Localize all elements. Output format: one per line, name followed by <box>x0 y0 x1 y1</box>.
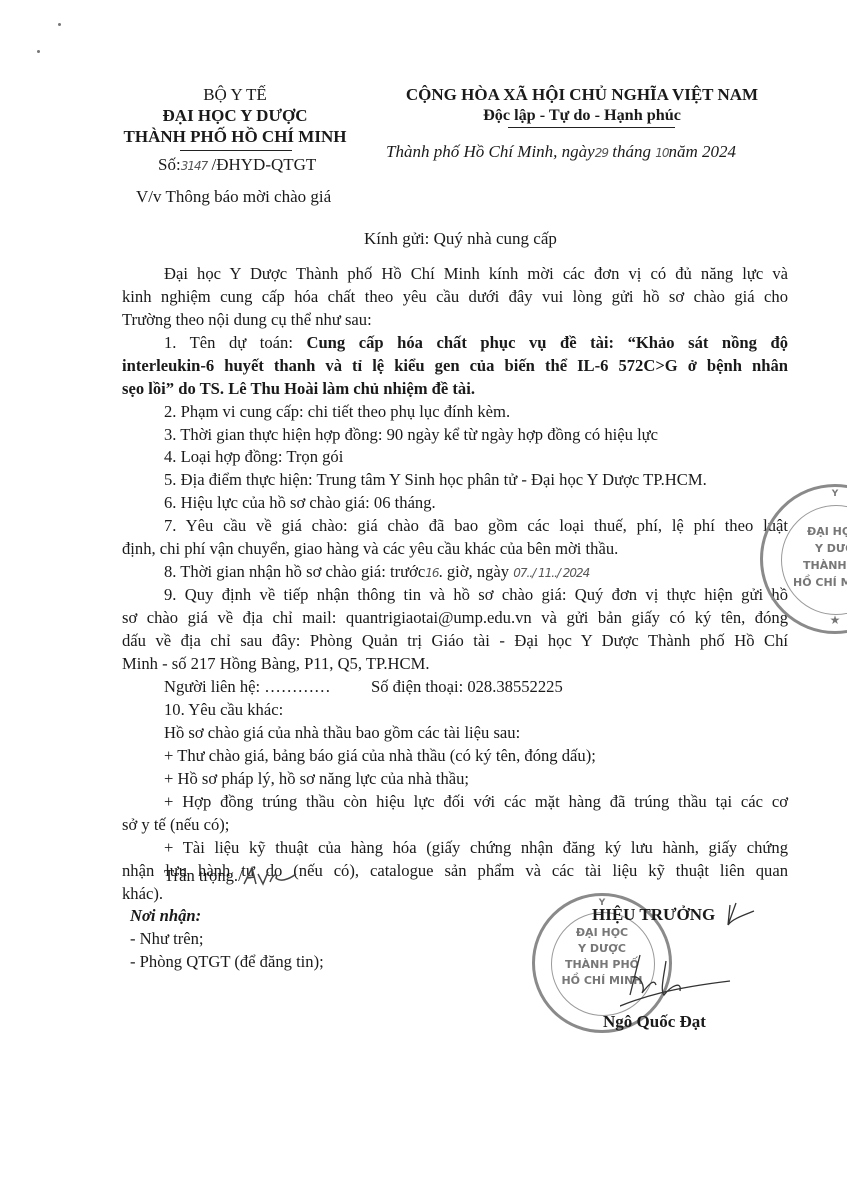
national-header: CỘNG HÒA XÃ HỘI CHỦ NGHĨA VIỆT NAM Độc l… <box>372 84 792 126</box>
email-address: sơ chào giá về địa chỉ mail: quantrigiao… <box>122 608 788 627</box>
item-6: 6. Hiệu lực của hồ sơ chào giá: 06 tháng… <box>164 493 436 513</box>
contact-phone: Số điện thoại: 028.38552225 <box>371 677 563 697</box>
item-10-c-line-1: + Hợp đồng trúng thầu còn hiệu lực đối v… <box>164 792 788 812</box>
item-7-line-1: 7. Yêu cầu về giá chào: giá chào đã bao … <box>164 516 788 536</box>
date-month-handwritten: 10 <box>655 146 668 160</box>
recipients-title: Nơi nhận: <box>130 906 201 926</box>
intro-line-3: Trường theo nội dung cụ thể như sau: <box>122 310 372 330</box>
scan-speck <box>58 23 61 26</box>
deadline-date-handwritten: 07../ 11../ 2024 <box>513 566 589 580</box>
item-10-intro: Hồ sơ chào giá của nhà thầu bao gồm các … <box>164 723 520 743</box>
signer-name: Ngô Quốc Đạt <box>603 1012 706 1032</box>
document-date: Thành phố Hồ Chí Minh, ngày29 tháng 10nă… <box>386 142 736 162</box>
item-10-b: + Hồ sơ pháp lý, hồ sơ năng lực của nhà … <box>164 769 469 789</box>
number-handwritten: 3147 <box>181 159 208 173</box>
ministry-name: BỘ Y TẾ <box>100 84 370 105</box>
item-10-d-line-3: khác). <box>122 884 163 904</box>
item-4: 4. Loại hợp đồng: Trọn gói <box>164 447 343 467</box>
document-subject: V/v Thông báo mời chào giá <box>136 187 331 207</box>
recipients-item-1: - Như trên; <box>130 929 204 949</box>
number-prefix: Số: <box>158 155 181 174</box>
item-9-line-3: dấu về địa chỉ sau đây: Phòng Quản trị G… <box>122 631 788 651</box>
date-day-handwritten: 29 <box>595 146 608 160</box>
closing-text: Trân trọng./ <box>164 866 243 886</box>
university-name-line2: THÀNH PHỐ HỒ CHÍ MINH <box>100 126 370 147</box>
item-1-line-3: sẹo lồi” do TS. Lê Thu Hoài làm chủ nhiệ… <box>122 379 475 399</box>
issuer-underline <box>180 150 292 151</box>
item-9-line-1: 9. Quy định về tiếp nhận thông tin và hồ… <box>164 585 788 605</box>
item-10: 10. Yêu cầu khác: <box>164 700 283 720</box>
item-9-line-4: Minh - số 217 Hồng Bàng, P11, Q5, TP.HCM… <box>122 654 429 674</box>
issuer-header: BỘ Y TẾ ĐẠI HỌC Y DƯỢC THÀNH PHỐ HỒ CHÍ … <box>100 84 370 147</box>
university-name-line1: ĐẠI HỌC Y DƯỢC <box>100 105 370 126</box>
item-10-a: + Thư chào giá, bảng báo giá của nhà thầ… <box>164 746 596 766</box>
recipient-line: Kính gửi: Quý nhà cung cấp <box>364 229 557 249</box>
country-name: CỘNG HÒA XÃ HỘI CHỦ NGHĨA VIỆT NAM <box>372 84 792 105</box>
recipients-item-2: - Phòng QTGT (để đăng tin); <box>130 952 324 972</box>
number-suffix: /ĐHYD-QTGT <box>211 155 316 174</box>
motto-underline <box>508 127 675 128</box>
item-8: 8. Thời gian nhận hồ sơ chào giá: trước1… <box>164 562 589 582</box>
intro-line-1: Đại học Y Dược Thành phố Hồ Chí Minh kín… <box>164 264 788 284</box>
principal-signature <box>620 895 770 1025</box>
contact-person: Người liên hệ: ………… <box>164 677 331 697</box>
intro-line-2: kinh nghiệm cung cấp hóa chất theo yêu c… <box>122 287 788 307</box>
item-1-line-2: interleukin-6 huyết thanh và tỉ lệ kiểu … <box>122 356 788 376</box>
item-1-line-1: 1. Tên dự toán: Cung cấp hóa chất phục v… <box>164 333 788 353</box>
item-5: 5. Địa điểm thực hiện: Trung tâm Y Sinh … <box>164 470 707 490</box>
scan-speck <box>37 50 40 53</box>
item-10-c-line-2: sở y tế (nếu có); <box>122 815 229 835</box>
national-motto: Độc lập - Tự do - Hạnh phúc <box>372 105 792 126</box>
item-10-d-line-1: + Tài liệu kỹ thuật của hàng hóa (giấy c… <box>164 838 788 858</box>
item-7-line-2: định, chi phí vận chuyển, giao hàng và c… <box>122 539 618 559</box>
deadline-hour-handwritten: 16 <box>425 566 438 580</box>
item-2: 2. Phạm vi cung cấp: chi tiết theo phụ l… <box>164 402 510 422</box>
item-3: 3. Thời gian thực hiện hợp đồng: 90 ngày… <box>164 425 658 445</box>
document-number: Số:3147 /ĐHYD-QTGT <box>158 155 316 175</box>
initials-signature <box>240 862 300 892</box>
item-9-line-2: sơ chào giá về địa chỉ mail: quantrigiao… <box>122 608 788 628</box>
